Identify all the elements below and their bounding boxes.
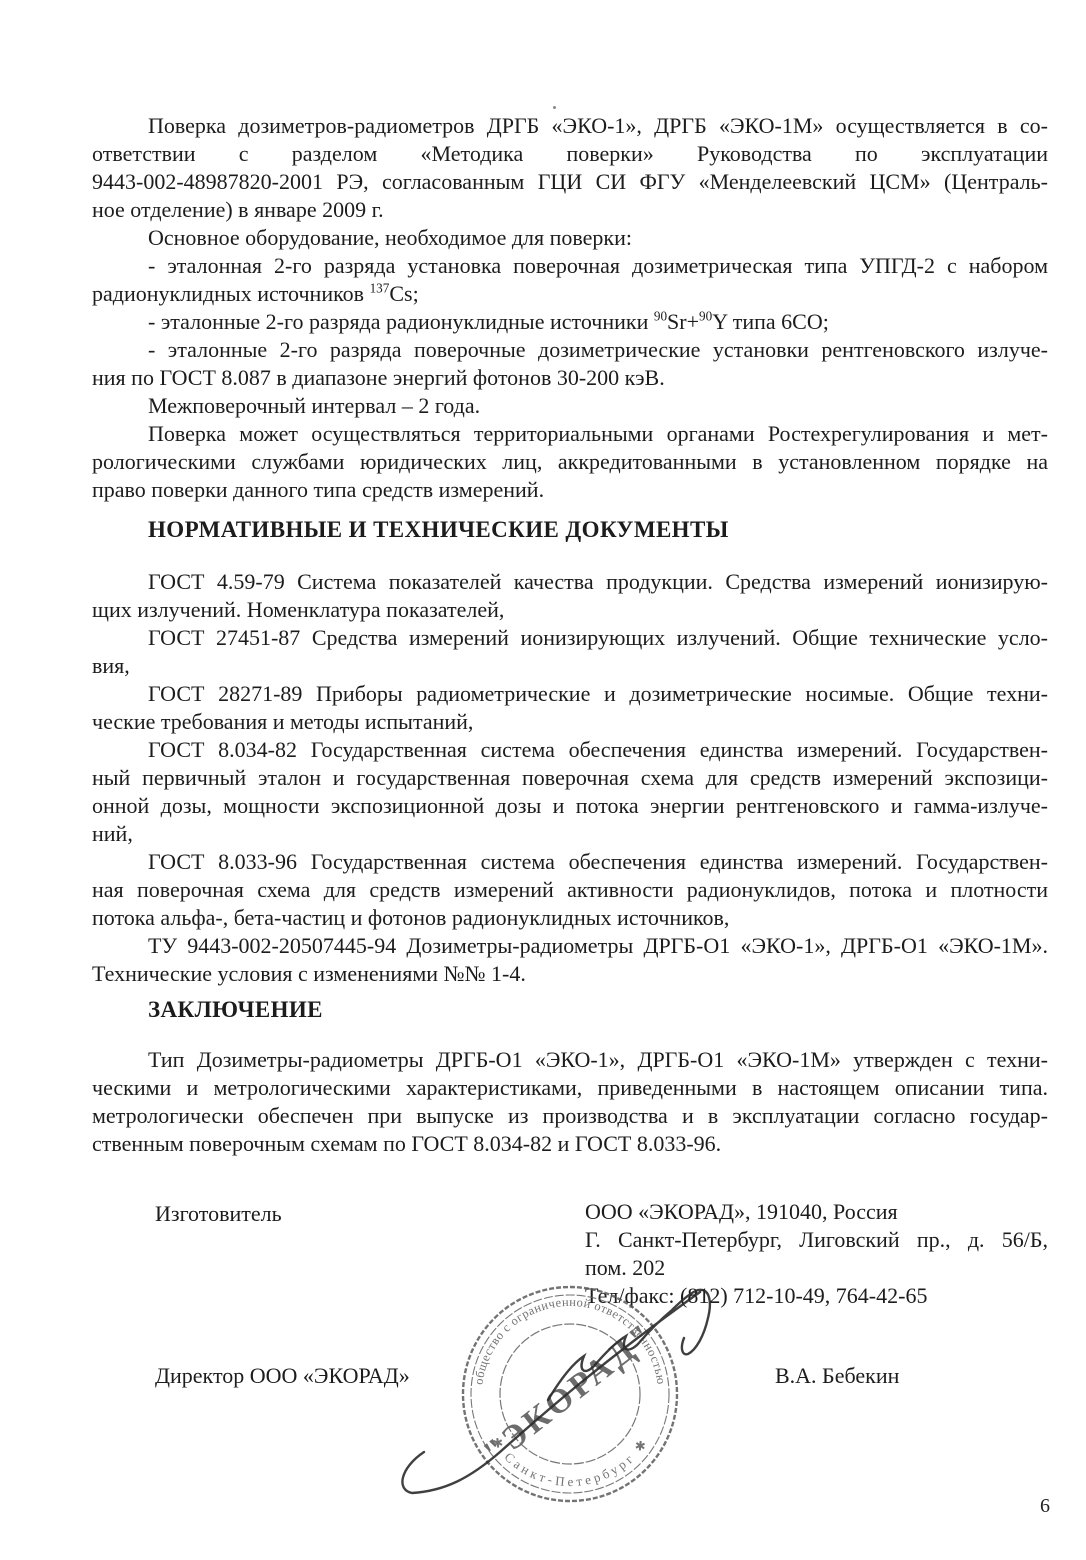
- scan-artifact-dot: [553, 106, 556, 109]
- text-line: 9443-002-48987820-2001 РЭ, согласованным…: [92, 168, 1048, 196]
- paragraph: ГОСТ 4.59-79 Система показателей качеств…: [92, 568, 1048, 624]
- text-line: ческие требования и методы испытаний,: [92, 708, 1048, 736]
- paragraph: ТУ 9443-002-20507445-94 Дозиметры-радиом…: [92, 932, 1048, 988]
- text-line: ГОСТ 28271-89 Приборы радиометрические и…: [92, 680, 1048, 708]
- text-line: ный первичный эталон и государственная п…: [92, 764, 1048, 792]
- paragraph: Тип Дозиметры-радиометры ДРГБ-О1 «ЭКО-1»…: [92, 1046, 1048, 1158]
- document-page: Поверка дозиметров-радиометров ДРГБ «ЭКО…: [0, 0, 1086, 1560]
- text-line: ния по ГОСТ 8.087 в диапазоне энергий фо…: [92, 364, 1048, 392]
- company-stamp: общество с ограниченной ответственностью…: [390, 1265, 735, 1520]
- text-line: ООО «ЭКОРАД», 191040, Россия: [585, 1198, 1048, 1226]
- text-line: ное отделение) в январе 2009 г.: [92, 196, 1048, 224]
- text-line: ГОСТ 8.034-82 Государственная система об…: [92, 736, 1048, 764]
- text-line: вия,: [92, 652, 1048, 680]
- document-body: Поверка дозиметров-радиометров ДРГБ «ЭКО…: [92, 112, 1048, 1158]
- text-line: Г. Санкт-Петербург, Лиговский пр., д. 56…: [585, 1226, 1048, 1254]
- section-heading: НОРМАТИВНЫЕ И ТЕХНИЧЕСКИЕ ДОКУМЕНТЫ: [148, 516, 1048, 544]
- text-line: ответствии с разделом «Методика поверки»…: [92, 140, 1048, 168]
- text-line: - эталонная 2-го разряда установка повер…: [92, 252, 1048, 280]
- text-line: рологическими службами юридических лиц, …: [92, 448, 1048, 476]
- text-line: Межповерочный интервал – 2 года.: [92, 392, 1048, 420]
- text-line: ний,: [92, 820, 1048, 848]
- text-line: метрологически обеспечен при выпуске из …: [92, 1102, 1048, 1130]
- paragraph: Межповерочный интервал – 2 года.: [92, 392, 1048, 420]
- text-line: ТУ 9443-002-20507445-94 Дозиметры-радиом…: [92, 932, 1048, 960]
- text-line: Поверка может осуществляться территориал…: [92, 420, 1048, 448]
- paragraph: ГОСТ 8.033-96 Государственная система об…: [92, 848, 1048, 932]
- text-line: Основное оборудование, необходимое для п…: [92, 224, 1048, 252]
- text-line: Тип Дозиметры-радиометры ДРГБ-О1 «ЭКО-1»…: [92, 1046, 1048, 1074]
- page-number: 6: [1040, 1492, 1050, 1520]
- manufacturer-label: Изготовитель: [155, 1200, 282, 1228]
- text-line: ГОСТ 8.033-96 Государственная система об…: [92, 848, 1048, 876]
- section-heading: ЗАКЛЮЧЕНИЕ: [148, 996, 1048, 1024]
- text-line: - эталонные 2-го разряда радионуклидные …: [92, 308, 1048, 336]
- text-line: онной дозы, мощности экспозиционной дозы…: [92, 792, 1048, 820]
- text-line: щих излучений. Номенклатура показателей,: [92, 596, 1048, 624]
- text-line: потока альфа-, бета-частиц и фотонов рад…: [92, 904, 1048, 932]
- paragraph: Поверка может осуществляться территориал…: [92, 420, 1048, 504]
- paragraph: - эталонные 2-го разряда поверочные дози…: [92, 336, 1048, 392]
- text-line: ная поверочная схема для средств измерен…: [92, 876, 1048, 904]
- director-label: Директор ООО «ЭКОРАД»: [155, 1362, 410, 1390]
- text-line: ческими и метрологическими характеристик…: [92, 1074, 1048, 1102]
- director-name: В.А. Бебекин: [775, 1362, 899, 1390]
- paragraph: - эталонные 2-го разряда радионуклидные …: [92, 308, 1048, 336]
- text-line: радионуклидных источников 137Cs;: [92, 280, 1048, 308]
- text-line: право поверки данного типа средств измер…: [92, 476, 1048, 504]
- text-line: - эталонные 2-го разряда поверочные дози…: [92, 336, 1048, 364]
- paragraph: ГОСТ 8.034-82 Государственная система об…: [92, 736, 1048, 848]
- text-line: ГОСТ 4.59-79 Система показателей качеств…: [92, 568, 1048, 596]
- paragraph: - эталонная 2-го разряда установка повер…: [92, 252, 1048, 308]
- paragraph: Основное оборудование, необходимое для п…: [92, 224, 1048, 252]
- text-line: ГОСТ 27451-87 Средства измерений ионизир…: [92, 624, 1048, 652]
- text-line: Поверка дозиметров-радиометров ДРГБ «ЭКО…: [92, 112, 1048, 140]
- paragraph: Поверка дозиметров-радиометров ДРГБ «ЭКО…: [92, 112, 1048, 224]
- paragraph: ГОСТ 27451-87 Средства измерений ионизир…: [92, 624, 1048, 680]
- text-line: ственным поверочным схемам по ГОСТ 8.034…: [92, 1130, 1048, 1158]
- paragraph: ГОСТ 28271-89 Приборы радиометрические и…: [92, 680, 1048, 736]
- text-line: Технические условия с изменениями №№ 1-4…: [92, 960, 1048, 988]
